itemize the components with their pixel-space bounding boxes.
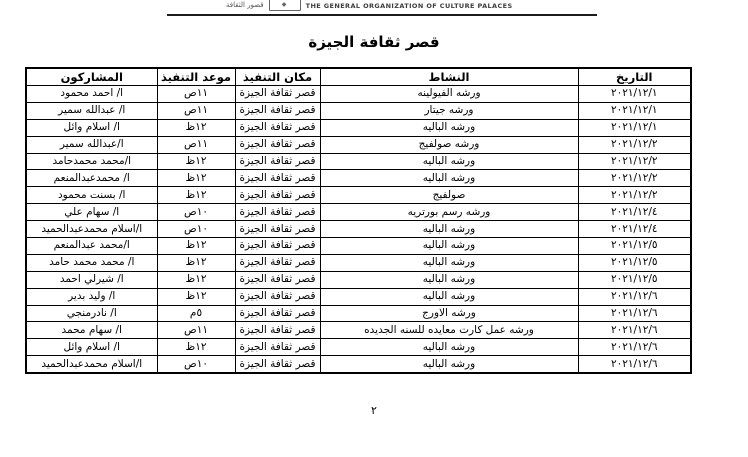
table-cell: ا/ اسلام وائل (26, 339, 157, 356)
table-cell: ورشه الفيولينه (320, 86, 578, 103)
table-cell: ا/محمد عبدالمنعم (26, 238, 157, 255)
table-cell: قصر ثقافة الجيزة (235, 271, 320, 288)
table-cell: ١٢ظ (157, 187, 235, 204)
org-logo-icon: ◆ (269, 0, 301, 11)
table-cell: ٥م (157, 305, 235, 322)
table-cell: قصر ثقافة الجيزة (235, 322, 320, 339)
table-cell: ٢٠٢١/١٢/٢ (578, 170, 691, 187)
table-row: ٢٠٢١/١٢/٦ورشه الباليهقصر ثقافة الجيزة١٢ظ… (26, 339, 691, 356)
org-name-english: THE GENERAL ORGANIZATION OF CULTURE PALA… (306, 3, 513, 12)
table-row: ٢٠٢١/١٢/٦ورشه الباليهقصر ثقافة الجيزة١٢ظ… (26, 288, 691, 305)
table-row: ٢٠٢١/١٢/١ورشه الباليهقصر ثقافة الجيزة١٢ظ… (26, 119, 691, 136)
table-row: ٢٠٢١/١٢/٢ورشه صولفيجقصر ثقافة الجيزة١١صا… (26, 136, 691, 153)
table-cell: ورشه الباليه (320, 339, 578, 356)
table-cell: ا/اسلام محمدعبدالحميد (26, 356, 157, 373)
table-cell: صولفيج (320, 187, 578, 204)
table-cell: قصر ثقافة الجيزة (235, 136, 320, 153)
table-cell: ١٢ظ (157, 254, 235, 271)
table-header-row: التاريخ النشاط مكان التنفيذ موعد التنفيذ… (26, 68, 691, 86)
table-cell: قصر ثقافة الجيزة (235, 356, 320, 373)
table-cell: قصر ثقافة الجيزة (235, 153, 320, 170)
table-cell: ١١ص (157, 86, 235, 103)
table-cell: ورشه الباليه (320, 221, 578, 238)
table-cell: قصر ثقافة الجيزة (235, 221, 320, 238)
column-header-time: موعد التنفيذ (157, 68, 235, 86)
table-cell: قصر ثقافة الجيزة (235, 170, 320, 187)
table-cell: ا/ احمد محمود (26, 86, 157, 103)
table-cell: ا/اسلام محمدعبدالحميد (26, 221, 157, 238)
table-row: ٢٠٢١/١٢/٦ورشه عمل كارت معايده للسنه الجد… (26, 322, 691, 339)
column-header-activity: النشاط (320, 68, 578, 86)
page-number: ٢ (0, 404, 748, 417)
table-cell: ورشه الباليه (320, 170, 578, 187)
document-page: قصور الثقافة ◆ THE GENERAL ORGANIZATION … (0, 0, 748, 457)
table-cell: ٢٠٢١/١٢/٢ (578, 136, 691, 153)
table-row: ٢٠٢١/١٢/٦ورشه الباليهقصر ثقافة الجيزة١٠ص… (26, 356, 691, 373)
table-cell: ورشه الاورج (320, 305, 578, 322)
table-cell: ١٠ص (157, 221, 235, 238)
table-cell: ا/ سهام محمد (26, 322, 157, 339)
table-cell: ا/ اسلام وائل (26, 119, 157, 136)
table-row: ٢٠٢١/١٢/٢ورشه الباليهقصر ثقافة الجيزة١٢ظ… (26, 170, 691, 187)
table-cell: قصر ثقافة الجيزة (235, 339, 320, 356)
table-cell: ا/ بسنت محمود (26, 187, 157, 204)
table-cell: ا/ شيرلي احمد (26, 271, 157, 288)
org-name-arabic: قصور الثقافة (226, 2, 264, 11)
table-row: ٢٠٢١/١٢/٦ورشه الاورجقصر ثقافة الجيزة٥ما/… (26, 305, 691, 322)
table-row: ٢٠٢١/١٢/٢صولفيجقصر ثقافة الجيزة١٢ظا/ بسن… (26, 187, 691, 204)
table-cell: ورشه صولفيج (320, 136, 578, 153)
table-cell: قصر ثقافة الجيزة (235, 288, 320, 305)
table-cell: ١٢ظ (157, 238, 235, 255)
table-cell: ١٢ظ (157, 119, 235, 136)
table-cell: ٢٠٢١/١٢/٤ (578, 221, 691, 238)
table-cell: ا/ محمد محمد حامد (26, 254, 157, 271)
table-cell: ورشه الباليه (320, 238, 578, 255)
table-cell: ٢٠٢١/١٢/٦ (578, 322, 691, 339)
table-cell: ا/ وليد بدير (26, 288, 157, 305)
table-cell: ٢٠٢١/١٢/٥ (578, 238, 691, 255)
activities-schedule-table: التاريخ النشاط مكان التنفيذ موعد التنفيذ… (25, 67, 692, 374)
table-cell: ٢٠٢١/١٢/١ (578, 102, 691, 119)
table-cell: قصر ثقافة الجيزة (235, 254, 320, 271)
table-cell: ورشه عمل كارت معايده للسنه الجديده (320, 322, 578, 339)
table-cell: ١٢ظ (157, 339, 235, 356)
table-cell: ١٢ظ (157, 288, 235, 305)
table-cell: ٢٠٢١/١٢/٤ (578, 204, 691, 221)
table-cell: ١٢ظ (157, 153, 235, 170)
table-cell: ٢٠٢١/١٢/٦ (578, 305, 691, 322)
table-cell: ورشه الباليه (320, 254, 578, 271)
table-cell: ا/ نادرمنجي (26, 305, 157, 322)
table-cell: ١١ص (157, 322, 235, 339)
table-cell: ورشه الباليه (320, 288, 578, 305)
table-cell: قصر ثقافة الجيزة (235, 86, 320, 103)
table-row: ٢٠٢١/١٢/١ورشه الفيولينهقصر ثقافة الجيزة١… (26, 86, 691, 103)
table-cell: ا/ عبدالله سمير (26, 102, 157, 119)
table-cell: ١١ص (157, 102, 235, 119)
table-cell: قصر ثقافة الجيزة (235, 204, 320, 221)
table-cell: ا/عبدالله سمير (26, 136, 157, 153)
table-cell: ورشه الباليه (320, 119, 578, 136)
column-header-date: التاريخ (578, 68, 691, 86)
table-cell: ١٢ظ (157, 271, 235, 288)
table-cell: ٢٠٢١/١٢/٦ (578, 356, 691, 373)
table-cell: ٢٠٢١/١٢/٦ (578, 288, 691, 305)
table-cell: قصر ثقافة الجيزة (235, 102, 320, 119)
table-cell: ١٢ظ (157, 170, 235, 187)
table-cell: ا/محمد محمدحامد (26, 153, 157, 170)
table-row: ٢٠٢١/١٢/٥ورشه الباليهقصر ثقافة الجيزة١٢ظ… (26, 271, 691, 288)
table-cell: ١٠ص (157, 356, 235, 373)
table-cell: ٢٠٢١/١٢/٥ (578, 254, 691, 271)
column-header-participants: المشاركون (26, 68, 157, 86)
table-cell: ا/ سهام علي (26, 204, 157, 221)
table-cell: ورشه الباليه (320, 271, 578, 288)
table-cell: ٢٠٢١/١٢/٢ (578, 187, 691, 204)
table-row: ٢٠٢١/١٢/٥ورشه الباليهقصر ثقافة الجيزة١٢ظ… (26, 254, 691, 271)
table-cell: ١٠ص (157, 204, 235, 221)
letterhead: قصور الثقافة ◆ THE GENERAL ORGANIZATION … (226, 0, 513, 11)
table-cell: ورشه جيتار (320, 102, 578, 119)
table-cell: ٢٠٢١/١٢/٢ (578, 153, 691, 170)
table-cell: ٢٠٢١/١٢/٦ (578, 339, 691, 356)
table-cell: ٢٠٢١/١٢/١ (578, 119, 691, 136)
column-header-location: مكان التنفيذ (235, 68, 320, 86)
table-cell: قصر ثقافة الجيزة (235, 187, 320, 204)
table-cell: ا/ محمدعبدالمنعم (26, 170, 157, 187)
table-cell: ورشه الباليه (320, 153, 578, 170)
table-row: ٢٠٢١/١٢/٥ورشه الباليهقصر ثقافة الجيزة١٢ظ… (26, 238, 691, 255)
table-row: ٢٠٢١/١٢/١ورشه جيتارقصر ثقافة الجيزة١١صا/… (26, 102, 691, 119)
table-cell: ٢٠٢١/١٢/١ (578, 86, 691, 103)
table-cell: ٢٠٢١/١٢/٥ (578, 271, 691, 288)
table-cell: ١١ص (157, 136, 235, 153)
table-cell: قصر ثقافة الجيزة (235, 305, 320, 322)
table-row: ٢٠٢١/١٢/٢ورشه الباليهقصر ثقافة الجيزة١٢ظ… (26, 153, 691, 170)
table-cell: قصر ثقافة الجيزة (235, 119, 320, 136)
table-row: ٢٠٢١/١٢/٤ورشه رسم بورتريهقصر ثقافة الجيز… (26, 204, 691, 221)
table-cell: ورشه الباليه (320, 356, 578, 373)
letterhead-divider (167, 14, 597, 16)
page-title: قصر ثقافة الجيزة (0, 33, 748, 51)
table-cell: قصر ثقافة الجيزة (235, 238, 320, 255)
schedule-table-body: ٢٠٢١/١٢/١ورشه الفيولينهقصر ثقافة الجيزة١… (26, 86, 691, 374)
table-row: ٢٠٢١/١٢/٤ورشه الباليهقصر ثقافة الجيزة١٠ص… (26, 221, 691, 238)
table-cell: ورشه رسم بورتريه (320, 204, 578, 221)
